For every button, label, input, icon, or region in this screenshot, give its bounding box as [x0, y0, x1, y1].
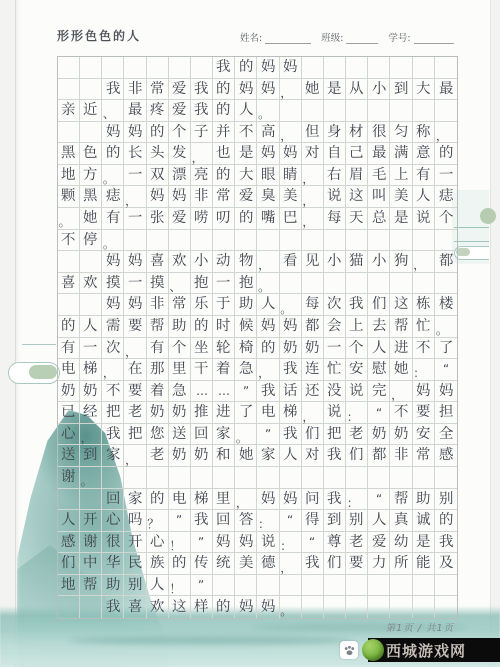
handwritten-character: 。 [103, 238, 115, 250]
grid-cell: 妈 [280, 489, 302, 511]
handwritten-character: 力 [372, 556, 387, 571]
handwritten-character: 家 [106, 448, 121, 463]
grid-cell [80, 251, 102, 273]
grid-cell: 心 [102, 510, 124, 532]
handwritten-character: 抱 [194, 276, 209, 291]
grid-cell [124, 230, 146, 252]
handwritten-character: 推 [194, 405, 209, 420]
grid-cell: 已 [58, 402, 80, 424]
grid-cell: 都 [435, 251, 457, 273]
grid-cell: 说 [257, 532, 279, 554]
grid-cell: 着 [147, 381, 169, 403]
grid-cell: 在 [124, 359, 146, 381]
grid-cell: 乐 [191, 294, 213, 316]
grid-cell: 妈 [257, 316, 279, 338]
handwritten-character: 已 [61, 405, 76, 420]
grid-cell: 会 [324, 316, 346, 338]
grid-cell: 吗 [124, 510, 146, 532]
grid-cell: 里 [169, 359, 191, 381]
handwritten-character: ， [302, 195, 314, 207]
grid-cell: 上 [390, 165, 412, 187]
grid-cell: ！ [169, 532, 191, 554]
handwritten-character: 近 [83, 103, 98, 118]
grid-cell: 急 [235, 359, 257, 381]
handwritten-character: 奶 [172, 448, 187, 463]
grid-cell: “ [368, 489, 390, 511]
handwritten-character: 。 [103, 173, 115, 185]
grid-cell: 己 [346, 143, 368, 165]
handwritten-character: 妈 [261, 60, 276, 75]
handwritten-character: 是 [327, 82, 342, 97]
grid-cell: 满 [390, 143, 412, 165]
handwritten-character: 谢 [61, 470, 76, 485]
handwritten-character: 最 [128, 103, 143, 118]
grid-cell: 妈 [169, 186, 191, 208]
grid-cell: 的 [191, 316, 213, 338]
handwritten-character: 个 [349, 340, 364, 355]
handwritten-character: 话 [283, 384, 298, 399]
handwritten-character: 要 [128, 384, 143, 399]
grid-cell: 毛 [368, 165, 390, 187]
handwritten-character: 妈 [150, 189, 165, 204]
handwritten-character: 美 [239, 556, 254, 571]
grid-cell: ， [280, 79, 302, 101]
grid-cell: 的 [213, 100, 235, 122]
grid-cell: 个 [169, 338, 191, 360]
handwritten-character: ， [103, 367, 115, 379]
grid-cell [346, 230, 368, 252]
handwritten-character: “ [376, 493, 382, 505]
handwritten-character: ， [125, 346, 137, 358]
grid-cell: 奶 [80, 381, 102, 403]
grid-cell: 一 [124, 273, 146, 295]
handwritten-character: 。 [258, 108, 270, 120]
grid-cell [80, 79, 102, 101]
handwritten-character: 摸 [150, 276, 165, 291]
handwritten-character: 次 [106, 340, 121, 355]
grid-cell [191, 467, 213, 489]
handwritten-character: 见 [305, 254, 320, 269]
handwritten-character: ， [125, 454, 137, 466]
grid-cell: 诚 [413, 510, 435, 532]
handwritten-character: 人 [239, 103, 254, 118]
handwritten-character: 妈 [172, 189, 187, 204]
handwritten-character: 帮 [394, 319, 409, 334]
handwritten-character: 栋 [416, 297, 431, 312]
grid-cell: 这 [169, 596, 191, 618]
handwritten-character: 我 [194, 513, 209, 528]
grid-cell: 是 [413, 532, 435, 554]
handwritten-character: 头 [150, 146, 165, 161]
grid-cell: 安 [346, 359, 368, 381]
grid-cell: 大 [413, 79, 435, 101]
ornament-line [454, 241, 489, 242]
grid-cell [390, 273, 412, 295]
grid-cell: 从 [346, 79, 368, 101]
handwritten-character: 叨 [216, 211, 231, 226]
handwritten-character: 还 [305, 384, 320, 399]
grid-cell: ， [413, 251, 435, 273]
grid-cell: 奶 [58, 381, 80, 403]
grid-cell: 小 [324, 251, 346, 273]
grid-cell: 您 [147, 424, 169, 446]
handwritten-character: 完 [372, 384, 387, 399]
grid-cell [124, 467, 146, 489]
grid-cell: 我 [191, 510, 213, 532]
grid-cell: 痣 [102, 186, 124, 208]
handwritten-character: 华 [106, 556, 121, 571]
grid-cell: 个 [169, 122, 191, 144]
handwritten-character: 。 [436, 324, 448, 336]
grid-cell: ” [191, 532, 213, 554]
handwritten-character: 爱 [172, 82, 187, 97]
grid-cell: 。 [280, 294, 302, 316]
handwritten-character: 进 [394, 340, 409, 355]
handwritten-character: 急 [239, 362, 254, 377]
grid-cell: 助 [102, 575, 124, 597]
grid-cell: 人 [235, 100, 257, 122]
handwritten-character: 的 [216, 600, 231, 615]
grid-cell: 常 [213, 186, 235, 208]
grid-cell [324, 467, 346, 489]
grid-cell: 家 [257, 445, 279, 467]
handwritten-character: 常 [416, 448, 431, 463]
grid-cell: ： [280, 532, 302, 554]
grid-cell: 、 [102, 100, 124, 122]
handwritten-character: 候 [239, 319, 254, 334]
handwritten-character: 一 [216, 276, 231, 291]
grid-cell: 次 [324, 294, 346, 316]
handwritten-character: 的 [216, 103, 231, 118]
handwritten-character: 到 [83, 448, 98, 463]
grid-cell: 们 [302, 424, 324, 446]
handwritten-character: 的 [239, 60, 254, 75]
handwritten-character: 小 [327, 254, 342, 269]
handwritten-character: 这 [349, 189, 364, 204]
handwritten-character: 我 [261, 384, 276, 399]
grid-cell: 也 [213, 143, 235, 165]
handwritten-character: 有 [416, 168, 431, 183]
grid-cell [390, 57, 412, 79]
grid-cell [435, 467, 457, 489]
handwritten-character: 担 [439, 405, 454, 420]
handwritten-character: 子 [194, 125, 209, 140]
handwritten-character: 我 [283, 362, 298, 377]
handwritten-character: ， [258, 259, 270, 271]
grid-cell: 人 [58, 510, 80, 532]
grid-cell: 我 [213, 57, 235, 79]
grid-cell: 的 [213, 596, 235, 618]
handwritten-character: 妈 [239, 535, 254, 550]
grid-cell [413, 575, 435, 597]
handwritten-character: ： [258, 518, 270, 530]
handwritten-character: 要 [128, 319, 143, 334]
grid-cell [302, 467, 324, 489]
grid-cell: 回 [191, 424, 213, 446]
handwritten-character: ： [280, 540, 292, 552]
grid-cell [324, 230, 346, 252]
grid-cell: 长 [124, 143, 146, 165]
handwritten-character: 助 [172, 319, 187, 334]
grid-cell: 我 [280, 359, 302, 381]
watermark-site-name: 西城游戏网 [386, 640, 466, 661]
handwritten-character: 家 [128, 491, 143, 506]
handwritten-character: 材 [349, 125, 364, 140]
grid-cell [390, 596, 412, 618]
handwritten-character: 心 [61, 427, 76, 442]
handwritten-character: 黑 [61, 146, 76, 161]
handwritten-character: 这 [394, 297, 409, 312]
grid-cell [302, 596, 324, 618]
handwritten-character: 到 [327, 513, 342, 528]
handwritten-character: 不 [416, 340, 431, 355]
handwritten-character: 幼 [394, 535, 409, 550]
handwritten-character: 人 [372, 340, 387, 355]
grid-cell: 送 [169, 424, 191, 446]
handwritten-character: 我 [327, 491, 342, 506]
handwritten-character: 我 [349, 297, 364, 312]
grid-cell: 。 [257, 100, 279, 122]
grid-cell: 喜 [124, 596, 146, 618]
handwritten-character: 急 [172, 384, 187, 399]
grid-cell: 我 [324, 489, 346, 511]
grid-cell: 每 [302, 294, 324, 316]
grid-cell [324, 57, 346, 79]
grid-cell: 答 [235, 510, 257, 532]
grid-cell: 是 [390, 208, 412, 230]
handwritten-character: 不 [106, 384, 121, 399]
ornament-capsule-fill [456, 248, 470, 256]
handwritten-character: 每 [327, 211, 342, 226]
grid-cell: 样 [191, 596, 213, 618]
handwritten-character: 别 [439, 491, 454, 506]
handwritten-character: 助 [106, 578, 121, 593]
handwritten-character: 小 [372, 82, 387, 97]
grid-cell [213, 575, 235, 597]
grid-cell: 奶 [169, 402, 191, 424]
handwritten-character: 地 [61, 168, 76, 183]
grid-cell: 帮 [390, 316, 412, 338]
grid-cell: 抱 [191, 273, 213, 295]
grid-cell [413, 230, 435, 252]
grid-cell: 总 [368, 208, 390, 230]
grid-cell: 摸 [102, 273, 124, 295]
grid-cell: 干 [191, 359, 213, 381]
grid-cell: 得 [302, 510, 324, 532]
handwritten-character: 并 [216, 125, 231, 140]
grid-cell: 的 [58, 316, 80, 338]
grid-cell [302, 100, 324, 122]
handwritten-character: 回 [216, 513, 231, 528]
grid-cell: 。 [102, 165, 124, 187]
grid-cell: “ [368, 402, 390, 424]
handwritten-character: 有 [150, 340, 165, 355]
grid-cell: 进 [213, 402, 235, 424]
grid-cell: 的 [435, 510, 457, 532]
grid-cell [413, 467, 435, 489]
handwritten-character: 爱 [372, 535, 387, 550]
grid-cell: 次 [102, 338, 124, 360]
grid-cell: 爱 [169, 79, 191, 101]
grid-cell: 常 [169, 294, 191, 316]
handwritten-character: 老 [349, 535, 364, 550]
left-margin-ornament-capsule [8, 362, 60, 384]
grid-cell: ， [280, 122, 302, 144]
handwritten-character: 都 [439, 254, 454, 269]
handwritten-character: 从 [349, 82, 364, 97]
handwritten-character: 得 [305, 513, 320, 528]
handwritten-character: 一 [83, 340, 98, 355]
handwritten-character: 家 [216, 427, 231, 442]
handwritten-character: 个 [172, 125, 187, 140]
handwritten-character: 把 [128, 427, 143, 442]
grid-cell: 。 [235, 424, 257, 446]
grid-cell: 和 [213, 445, 235, 467]
handwritten-character: 意 [416, 146, 431, 161]
grid-cell: 了 [435, 338, 457, 360]
handwritten-character: 了 [439, 340, 454, 355]
grid-cell: 天 [346, 208, 368, 230]
handwritten-character: 。 [81, 475, 93, 487]
grid-cell: 叨 [213, 208, 235, 230]
grid-cell: 的 [169, 553, 191, 575]
handwritten-character: 吗 [128, 513, 143, 528]
handwritten-character: 妈 [283, 319, 298, 334]
grid-cell: 美 [280, 186, 302, 208]
grid-cell [58, 251, 80, 273]
handwritten-character: 们 [305, 427, 320, 442]
handwritten-character: 妈 [106, 297, 121, 312]
ornament-capsule-fill [29, 365, 57, 379]
grid-cell: 去 [368, 316, 390, 338]
grid-cell: 一 [124, 165, 146, 187]
grid-cell: 谢 [80, 532, 102, 554]
grid-cell [346, 57, 368, 79]
grid-cell: 妈 [102, 122, 124, 144]
handwritten-character: 的 [194, 319, 209, 334]
handwritten-character: 漂 [172, 168, 187, 183]
grid-cell: ， [302, 402, 324, 424]
grid-cell: 妈 [280, 57, 302, 79]
handwritten-character: 不 [239, 125, 254, 140]
handwritten-character: 助 [416, 491, 431, 506]
grid-cell: 忙 [324, 359, 346, 381]
grid-cell: 人 [413, 186, 435, 208]
grid-cell: ” [191, 575, 213, 597]
grid-cell: 要 [413, 402, 435, 424]
page-indicator: 第1页 / 共1页 [386, 620, 454, 634]
grid-cell: 要 [124, 316, 146, 338]
handwritten-character: 痣 [106, 189, 121, 204]
grid-cell: 老 [124, 402, 146, 424]
grid-cell: ， [191, 143, 213, 165]
grid-cell: 回 [213, 510, 235, 532]
handwritten-character: 发 [172, 146, 187, 161]
handwritten-character: 非 [150, 297, 165, 312]
handwritten-character: 把 [106, 405, 121, 420]
grid-cell: 楼 [435, 294, 457, 316]
grid-cell: 把 [102, 402, 124, 424]
handwritten-character: 嘴 [261, 211, 276, 226]
grid-cell: 忙 [413, 316, 435, 338]
handwritten-character: 黑 [83, 189, 98, 204]
handwritten-character: 。 [236, 432, 248, 444]
grid-cell: ， [102, 359, 124, 381]
grid-cell [169, 230, 191, 252]
handwritten-character: ， [302, 216, 314, 228]
grid-cell [280, 575, 302, 597]
grid-cell: 人 [80, 316, 102, 338]
handwritten-character: 、 [169, 281, 181, 293]
handwritten-character: 慰 [372, 362, 387, 377]
grid-cell: 的 [102, 143, 124, 165]
grid-cell: 担 [435, 402, 457, 424]
handwritten-character: 传 [194, 556, 209, 571]
handwritten-character: 妈 [261, 146, 276, 161]
grid-cell: 有 [147, 338, 169, 360]
handwritten-character: 妈 [261, 600, 276, 615]
grid-cell [302, 273, 324, 295]
handwritten-character: 我 [305, 556, 320, 571]
grid-cell: 双 [147, 165, 169, 187]
grid-cell: 家 [102, 445, 124, 467]
handwritten-character: 大 [416, 82, 431, 97]
handwritten-character: 楼 [439, 297, 454, 312]
grid-cell [280, 230, 302, 252]
handwritten-character: 张 [150, 211, 165, 226]
grid-cell: 妈 [280, 143, 302, 165]
grid-cell: 经 [80, 402, 102, 424]
name-field-blank-line [265, 42, 311, 44]
handwritten-character: 帮 [394, 491, 409, 506]
handwritten-character: 的 [216, 82, 231, 97]
handwritten-character: 的 [261, 340, 276, 355]
handwritten-character: ？ [147, 518, 159, 530]
handwritten-character: 经 [83, 405, 98, 420]
handwritten-character: 里 [172, 362, 187, 377]
handwritten-character: 心 [106, 513, 121, 528]
grid-cell: 对 [302, 143, 324, 165]
grid-cell: 到 [80, 445, 102, 467]
handwritten-character: 开 [128, 535, 143, 550]
grid-cell: 不 [390, 402, 412, 424]
grid-cell [213, 467, 235, 489]
handwritten-character: 大 [239, 168, 254, 183]
handwritten-character: 天 [349, 211, 364, 226]
grid-cell: 进 [390, 338, 412, 360]
grid-cell: 亲 [58, 100, 80, 122]
handwritten-character: 要 [349, 556, 364, 571]
handwritten-character: 们 [372, 297, 387, 312]
grid-cell: 漂 [169, 165, 191, 187]
grid-cell: 抱 [235, 273, 257, 295]
handwritten-character: ： [347, 411, 359, 423]
handwritten-character: 个 [439, 211, 454, 226]
handwritten-character: 于 [216, 297, 231, 312]
handwritten-character: 妈 [239, 600, 254, 615]
grid-cell [435, 57, 457, 79]
handwritten-character: 到 [394, 82, 409, 97]
handwritten-character: 妈 [106, 254, 121, 269]
class-field-label: 班级: [321, 30, 343, 44]
grid-cell: 送 [58, 445, 80, 467]
grid-cell [368, 57, 390, 79]
handwritten-character: 老 [349, 427, 364, 442]
handwritten-character: 梯 [194, 491, 209, 506]
handwritten-character: 毛 [372, 168, 387, 183]
grid-cell: 我 [302, 553, 324, 575]
grid-cell: 人 [368, 338, 390, 360]
